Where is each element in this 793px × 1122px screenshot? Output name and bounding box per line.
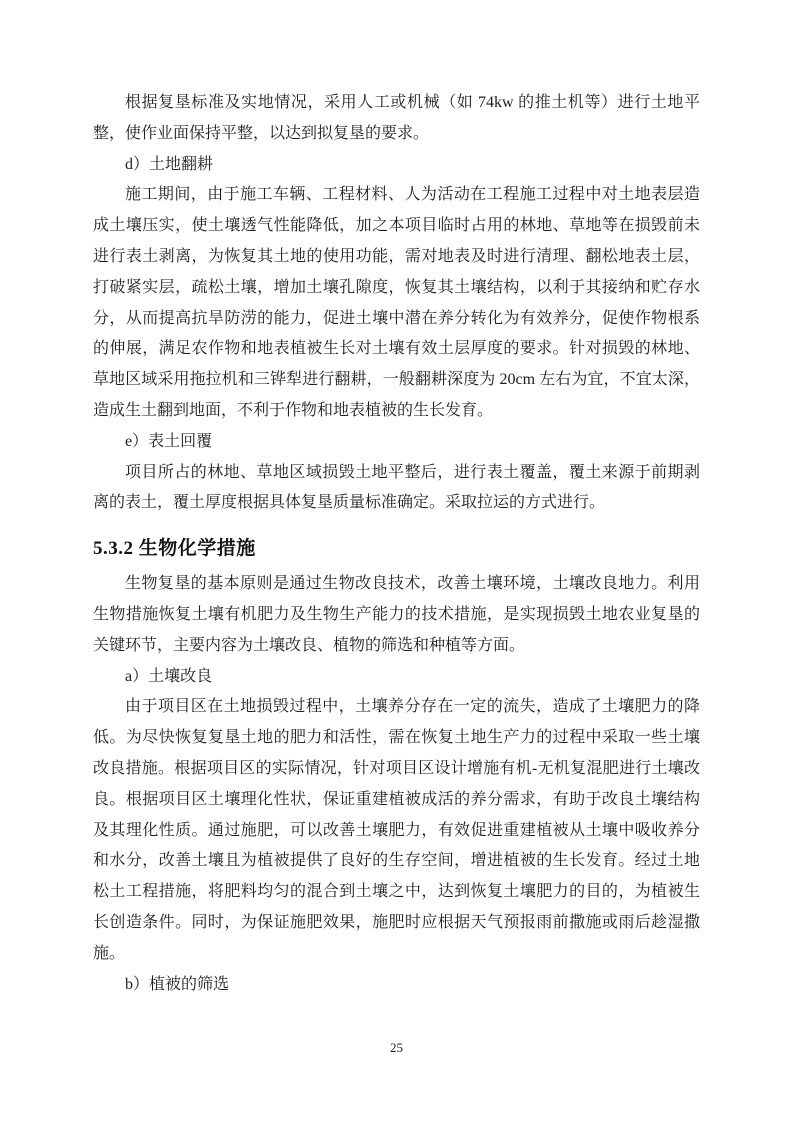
section-heading-5-3-2: 5.3.2 生物化学措施 — [93, 532, 700, 566]
document-body: 根据复垦标准及实地情况，采用人工或机械（如 74kw 的推土机等）进行土地平整，… — [93, 88, 700, 1000]
list-item-d-land-plowing: d）土地翻耕 — [93, 150, 700, 181]
paragraph-soil-improvement-detail: 由于项目区在土地损毁过程中，土壤养分存在一定的流失，造成了土壤肥力的降低。为尽快… — [93, 692, 700, 969]
paragraph-land-leveling: 根据复垦标准及实地情况，采用人工或机械（如 74kw 的推土机等）进行土地平整，… — [93, 88, 700, 150]
paragraph-plowing-detail: 施工期间，由于施工车辆、工程材料、人为活动在工程施工过程中对土地表层造成土壤压实… — [93, 180, 700, 426]
document-page: 根据复垦标准及实地情况，采用人工或机械（如 74kw 的推土机等）进行土地平整，… — [0, 0, 793, 1122]
list-item-b-vegetation-screening: b）植被的筛选 — [93, 970, 700, 1001]
list-item-a-soil-improvement: a）土壤改良 — [93, 662, 700, 693]
paragraph-bio-reclamation-principle: 生物复垦的基本原则是通过生物改良技术，改善土壤环境，土壤改良地力。利用生物措施恢… — [93, 569, 700, 661]
list-item-e-topsoil-recovering: e）表土回覆 — [93, 427, 700, 458]
paragraph-topsoil-covering-detail: 项目所占的林地、草地区域损毁土地平整后，进行表土覆盖，覆土来源于前期剥离的表土，… — [93, 458, 700, 520]
page-number: 25 — [0, 1040, 793, 1056]
